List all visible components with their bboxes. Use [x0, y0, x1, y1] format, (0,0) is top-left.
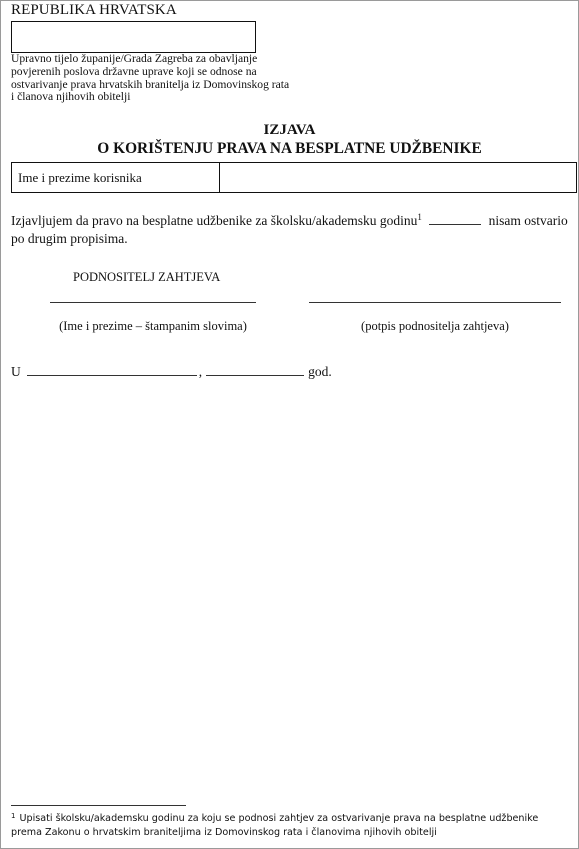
applicant-name-field[interactable] [50, 302, 256, 303]
footnote: 1Upisati školsku/akademsku godinu za koj… [11, 812, 571, 839]
date-field[interactable] [206, 364, 304, 376]
signature-caption: (potpis podnositelja zahtjeva) [309, 319, 561, 334]
applicant-signature-field[interactable] [309, 302, 561, 303]
document-subtitle: O KORIŠTENJU PRAVA NA BESPLATNE UDŽBENIK… [1, 140, 578, 158]
applicant-heading: PODNOSITELJ ZAHTJEVA [73, 270, 220, 285]
year-suffix: god. [308, 364, 332, 379]
place-prefix: U [11, 364, 21, 379]
declaration-statement: Izjavljujem da pravo na besplatne udžben… [11, 212, 571, 247]
office-name-field[interactable] [11, 21, 256, 53]
document-title: IZJAVA [1, 122, 578, 139]
office-description: Upravno tijelo županije/Grada Zagreba za… [11, 53, 291, 104]
name-caption: (Ime i prezime – štampanim slovima) [50, 319, 256, 334]
footnote-marker: 1 [11, 812, 15, 820]
beneficiary-name-field[interactable] [220, 163, 576, 192]
statement-text-before: Izjavljujem da pravo na besplatne udžben… [11, 213, 417, 228]
footnote-text: Upisati školsku/akademsku godinu za koju… [11, 813, 538, 838]
beneficiary-table: Ime i prezime korisnika [11, 162, 577, 193]
footnote-separator [11, 805, 186, 806]
country-heading: REPUBLIKA HRVATSKA [11, 2, 177, 19]
place-date-line: U,god. [11, 364, 332, 380]
place-field[interactable] [27, 364, 197, 376]
place-date-separator: , [199, 364, 202, 379]
footnote-reference: 1 [417, 212, 422, 222]
form-page: REPUBLIKA HRVATSKA Upravno tijelo župani… [0, 0, 579, 849]
beneficiary-label: Ime i prezime korisnika [12, 163, 220, 192]
academic-year-field[interactable] [429, 212, 481, 225]
